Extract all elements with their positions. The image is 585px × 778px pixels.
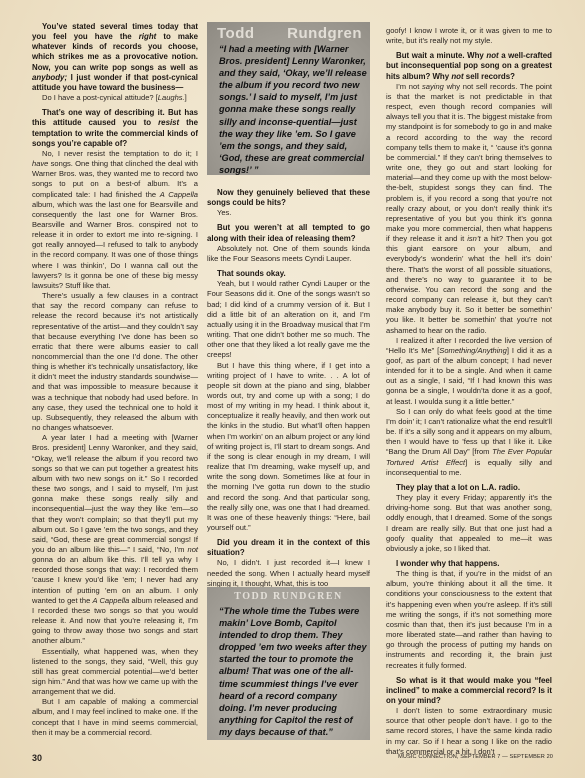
interview-question: I wonder why that happens. xyxy=(386,559,552,569)
text: a hit? Then you got this giant earsore o… xyxy=(386,234,552,334)
interview-answer: Yes. xyxy=(207,208,370,218)
magazine-page: You’ve stated several times today that y… xyxy=(0,0,585,778)
pull-quote-title: TODD RUNDGREN xyxy=(207,591,370,602)
interview-question: That’s one way of describing it. But has… xyxy=(32,108,198,149)
text-italic: Laughs. xyxy=(158,93,185,102)
text-italic: right xyxy=(139,32,157,41)
body-paragraph: Essentially, what happened was, when the… xyxy=(32,647,198,698)
interview-answer: Yeah, but I would rather Cyndi Lauper or… xyxy=(207,279,370,360)
interview-answer: Do I have a post-cynical attitude? [Laug… xyxy=(32,93,198,103)
body-paragraph: There’s usually a few clauses in a contr… xyxy=(32,291,198,433)
column-3: goofy! I know I wrote it, or it was give… xyxy=(386,26,552,757)
text: why not sell records. The point is that … xyxy=(386,82,552,243)
column-2: Now they genuinely believed that these s… xyxy=(207,188,370,589)
interview-answer: I don’t listen to some extraordinary mus… xyxy=(386,706,552,757)
interview-question: Now they genuinely believed that these s… xyxy=(207,188,370,208)
text: I’m not xyxy=(396,82,422,91)
text-italic: A Cappella xyxy=(160,190,198,199)
body-paragraph: But I am capable of making a commercial … xyxy=(32,697,198,738)
interview-answer: But I have this thing where, if I get in… xyxy=(207,361,370,534)
interview-question: But you weren’t at all tempted to go alo… xyxy=(207,223,370,243)
body-paragraph: So I can only do what feels good at the … xyxy=(386,407,552,478)
text-italic: anybody; xyxy=(32,73,67,82)
pull-quote-image-1: Todd Rundgren “I had a meeting with [War… xyxy=(207,22,370,175)
interview-answer: I’m not saying why not sell records. The… xyxy=(386,82,552,336)
page-number: 30 xyxy=(32,753,42,763)
text: A year later I had a meeting with [Warne… xyxy=(32,433,198,554)
text-italic: saying xyxy=(422,82,444,91)
title-right: Rundgren xyxy=(287,25,362,42)
text: sell records? xyxy=(464,72,515,81)
body-paragraph: A year later I had a meeting with [Warne… xyxy=(32,433,198,646)
text-italic: have xyxy=(32,159,48,168)
interview-answer: They play it every Friday; apparently it… xyxy=(386,493,552,554)
interview-question: Did you dream it in the context of this … xyxy=(207,538,370,558)
body-paragraph: goofy! I know I wrote it, or it was give… xyxy=(386,26,552,46)
pull-quote-title: Todd Rundgren xyxy=(217,25,362,42)
text: No, I never resist the temptation to do … xyxy=(42,149,198,158)
text: But wait a minute. Why xyxy=(396,51,486,60)
text-italic: A Cappella xyxy=(92,596,129,605)
text-italic: not xyxy=(451,72,463,81)
text: ] xyxy=(185,93,187,102)
interview-question: That sounds okay. xyxy=(207,269,370,279)
interview-question: They play that a lot on L.A. radio. xyxy=(386,483,552,493)
pull-quote-text: “The whole time the Tubes were makin’ Lo… xyxy=(219,605,367,738)
pull-quote-text: “I had a meeting with [Warner Bros. pres… xyxy=(219,43,367,175)
text-italic: not xyxy=(486,51,498,60)
interview-question: But wait a minute. Why not a well-crafte… xyxy=(386,51,552,81)
column-1: You’ve stated several times today that y… xyxy=(32,22,198,738)
text: album, which was the last one for Bearsv… xyxy=(32,200,198,290)
text-italic: Something/Anything xyxy=(439,346,507,355)
body-paragraph: I realized it after I recorded the live … xyxy=(386,336,552,407)
text: Do I have a post-cynical attitude? [ xyxy=(42,93,158,102)
text-italic: not xyxy=(188,545,199,554)
interview-answer: No, I never resist the temptation to do … xyxy=(32,149,198,291)
pull-quote-image-2: TODD RUNDGREN “The whole time the Tubes … xyxy=(207,587,370,740)
interview-question: So what is it that would make you “feel … xyxy=(386,676,552,706)
interview-answer: Absolutely not. One of them sounds kinda… xyxy=(207,244,370,264)
interview-answer: The thing is that, if you’re in the mids… xyxy=(386,569,552,671)
text-italic: isn’t xyxy=(467,234,480,243)
text-italic: resist xyxy=(158,118,179,127)
interview-question: You’ve stated several times today that y… xyxy=(32,22,198,93)
title-left: Todd xyxy=(217,25,255,42)
interview-answer: No, I didn’t. I just recorded it—I knew … xyxy=(207,558,370,588)
publication-footer: MUSIC CONNECTION, SEPTEMBER 7 — SEPTEMBE… xyxy=(398,754,553,760)
